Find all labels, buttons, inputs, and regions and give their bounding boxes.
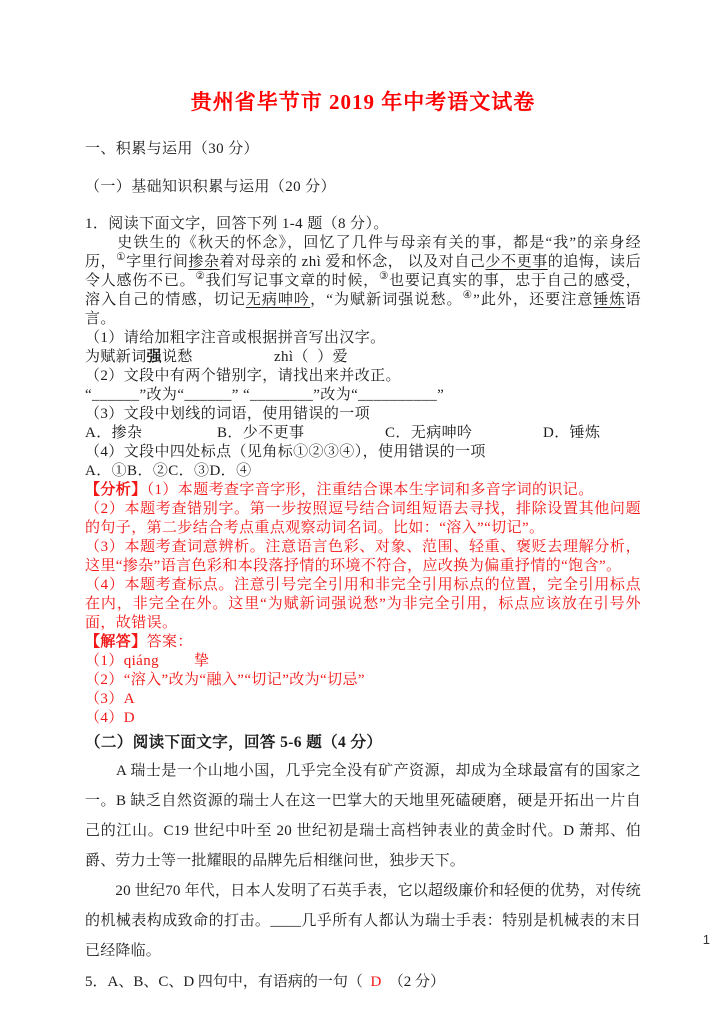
option-d: D．锤炼 [543,424,641,443]
analysis-line-4: （4）本题考查标点。注意引号完全引用和非完全引用标点的位置，完全引用标点在内，非… [85,576,641,633]
section1-subheading: （一）基础知识积累与运用（20 分） [85,178,641,197]
analysis-label: 【分析】 [85,482,147,498]
reading-passage-2-para-1: A 瑞士是一个山地小国，几乎完全没有矿产资源，却成为全球最富有的国家之一。B 缺… [85,756,641,876]
answer-block: 【解答】答案： （1）qiáng 挚 （2）“溶入”改为“融入”“切记”改为“切… [85,633,641,728]
answer-line-4: （4）D [85,709,641,728]
answer-heading: 【解答】答案： [85,633,641,652]
subquestion-1-3-options: A．掺杂 B．少不更事 C．无病呻吟 D．锤炼 [85,424,641,443]
answer-line-3: （3）A [85,690,641,709]
answer-line-2: （2）“溶入”改为“融入”“切记”改为“切忌” [85,671,641,690]
section2-heading: （二）阅读下面文字，回答 5-6 题（4 分） [85,732,641,754]
analysis-text-1: （1）本题考查字音字形，注重结合课本生字词和多音字词的识记。 [147,482,594,498]
subquestion-1-1: （1）请给加粗字注音或根据拼音写出汉字。 [85,329,641,348]
subquestion-1-4-options: A．①B．②C．③D．④ [85,462,641,481]
answer-label: 【解答】 [85,634,147,650]
subquestion-1-3: （3）文段中划线的词语，使用错误的一项 [85,405,641,424]
document-title: 贵州省毕节市 2019 年中考语文试卷 [85,86,641,116]
reading-passage-1: 史铁生的《秋天的怀念》，回忆了几件与母亲有关的事，都是“我”的亲身经历，①字里行… [85,234,641,329]
option-b: B．少不更事 [217,424,385,443]
exam-paper-page: 贵州省毕节市 2019 年中考语文试卷 一、积累与运用（30 分） （一）基础知… [0,0,725,1024]
section1-heading: 一、积累与运用（30 分） [85,140,641,159]
analysis-line-2: （2）本题考查错别字。第一步按照逗号结合词组短语去寻找，排除设置其他问题的句子，… [85,500,641,538]
question5-line: 5．A、B、C、D 四句中，有语病的一句（ D （2 分） [85,971,641,993]
answer-line-1: （1）qiáng 挚 [85,652,641,671]
question1-intro: 1．阅读下面文字，回答下列 1-4 题（8 分）。 [85,215,641,234]
analysis-line-1: 【分析】（1）本题考查字音字形，注重结合课本生字词和多音字词的识记。 [85,481,641,500]
subquestion-1-1-answer-line: 为赋新词强说愁 zhì（ ）爱 [85,348,641,367]
option-a: A．掺杂 [85,424,217,443]
analysis-block: 【分析】（1）本题考查字音字形，注重结合课本生字词和多音字词的识记。 （2）本题… [85,481,641,633]
page-number: 1 [703,932,710,947]
subquestion-1-2: （2）文段中有两个错别字，请找出来并改正。 [85,367,641,386]
reading-passage-2-para-2: 20 世纪70 年代，日本人发明了石英手表，它以超级廉价和轻便的优势，对传统的机… [85,876,641,966]
option-c: C．无病呻吟 [385,424,543,443]
analysis-line-3: （3）本题考查词意辨析。注意语言色彩、对象、范围、轻重、褒贬去理解分析，这里“掺… [85,538,641,576]
subquestion-1-2-blanks: “______”改为“______” “________”改为“________… [85,386,641,405]
subquestion-1-4: （4）文段中四处标点（见角标①②③④），使用错误的一项 [85,443,641,462]
answer-intro: 答案： [147,634,193,650]
